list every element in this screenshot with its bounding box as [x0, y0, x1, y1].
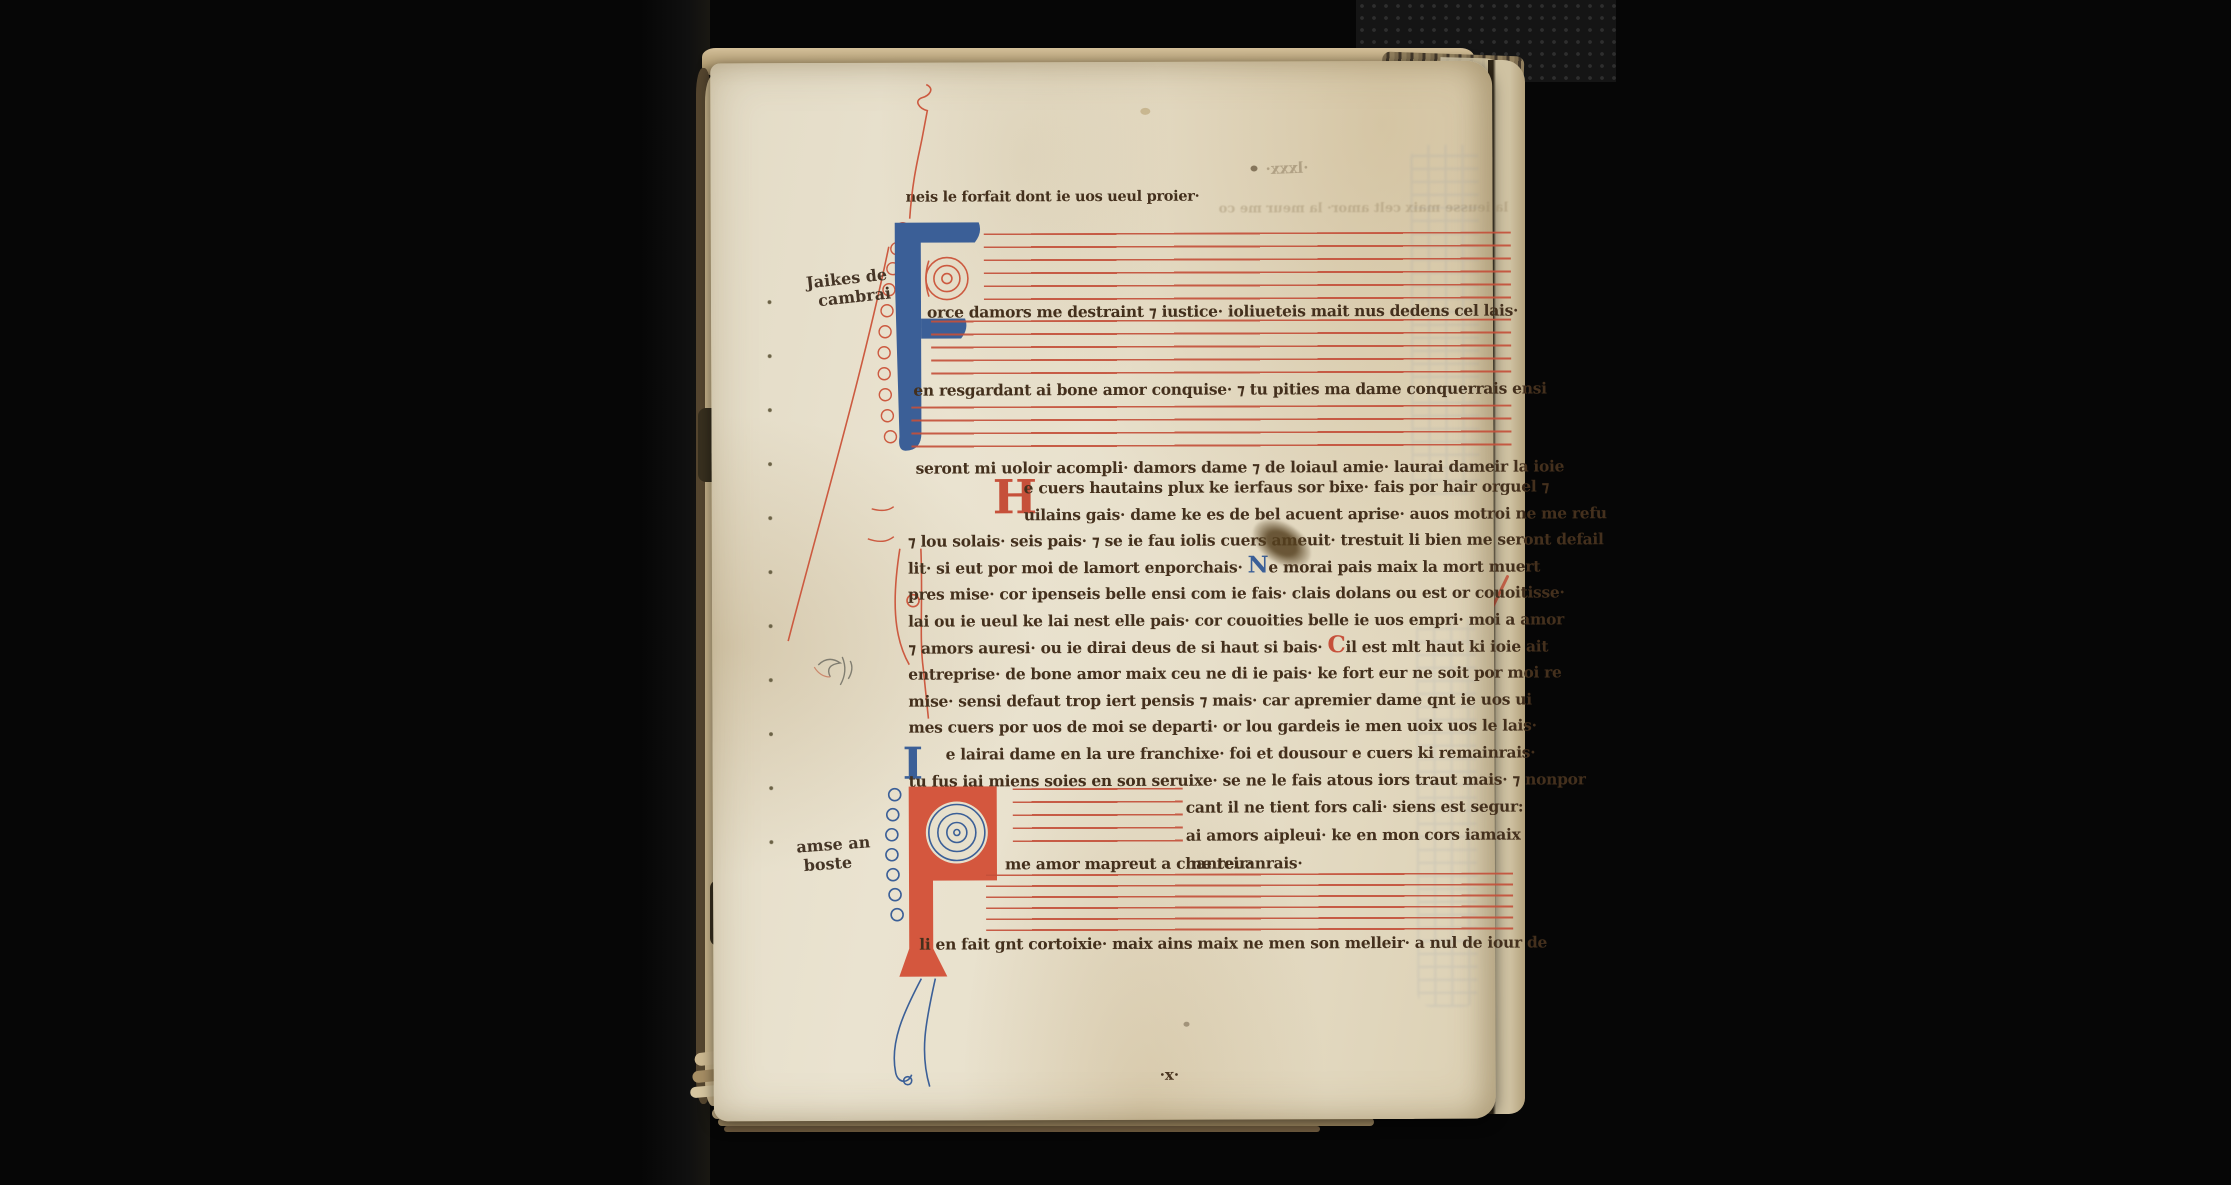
- prose-line: pres mise· cor ipenseis belle ensi com i…: [908, 582, 1565, 603]
- stain-speck: [1140, 108, 1150, 115]
- music-stave-3: [911, 405, 1511, 453]
- prose-line: uilains gais· dame ke es de bel acuent a…: [1024, 503, 1607, 524]
- manuscript-page: ·lxxx· la ieusse maix celt amor· la meur…: [710, 61, 1496, 1122]
- prose-line: e lairai dame en la ure franchixe· foi e…: [946, 742, 1536, 763]
- music-stave-5: [986, 873, 1513, 933]
- prose-line: lit· si eut por moi de lamort enporchais…: [908, 556, 1540, 577]
- stain-speck: [1251, 165, 1258, 171]
- attribution-line: boste: [797, 851, 872, 875]
- music-text-line-2: en resgardant ai bone amor conquise· ⁊ t…: [913, 378, 1546, 399]
- prose-line: entreprise· de bone amor maix ceu ne di …: [908, 662, 1561, 683]
- song2-continuation-right: ne reuanrais·: [1191, 853, 1303, 872]
- folio-number-bleedthrough: ·lxxx·: [1265, 159, 1309, 179]
- music-stave-2: [931, 319, 1511, 375]
- photograph-of-manuscript: ·lxxx· la ieusse maix celt amor· la meur…: [0, 0, 2231, 1185]
- stain-speck: [1184, 1022, 1190, 1027]
- prose-line: mise· sensi defaut trop iert pensis ⁊ ma…: [908, 690, 1532, 711]
- song2-partial-line-1: cant il ne tient fors cali· siens est se…: [1186, 797, 1524, 817]
- bottom-page-edges: [724, 1126, 1320, 1132]
- song2-partial-line-2: ai amors aipleui· ke en mon cors iamaix: [1186, 825, 1521, 845]
- prose-line: e cuers hautains plux ke ierfaus sor bix…: [1024, 476, 1550, 497]
- prose-line: lai ou ie ueul ke lai nest elle pais· co…: [908, 609, 1564, 630]
- prose-line: ⁊ amors auresi· ou ie dirai deus de si h…: [908, 636, 1548, 657]
- quire-mark: ·x·: [1160, 1066, 1179, 1084]
- music-stave-4: [1013, 788, 1183, 849]
- song2-bottom-line: li en fait gnt cortoixie· maix ains maix…: [919, 932, 1547, 953]
- music-stave-1: [984, 232, 1511, 302]
- margin-scribble: [812, 647, 868, 695]
- author-attribution-song2: amse an boste: [796, 832, 873, 875]
- prose-line: mes cuers por uos de moi se departi· or …: [908, 715, 1536, 736]
